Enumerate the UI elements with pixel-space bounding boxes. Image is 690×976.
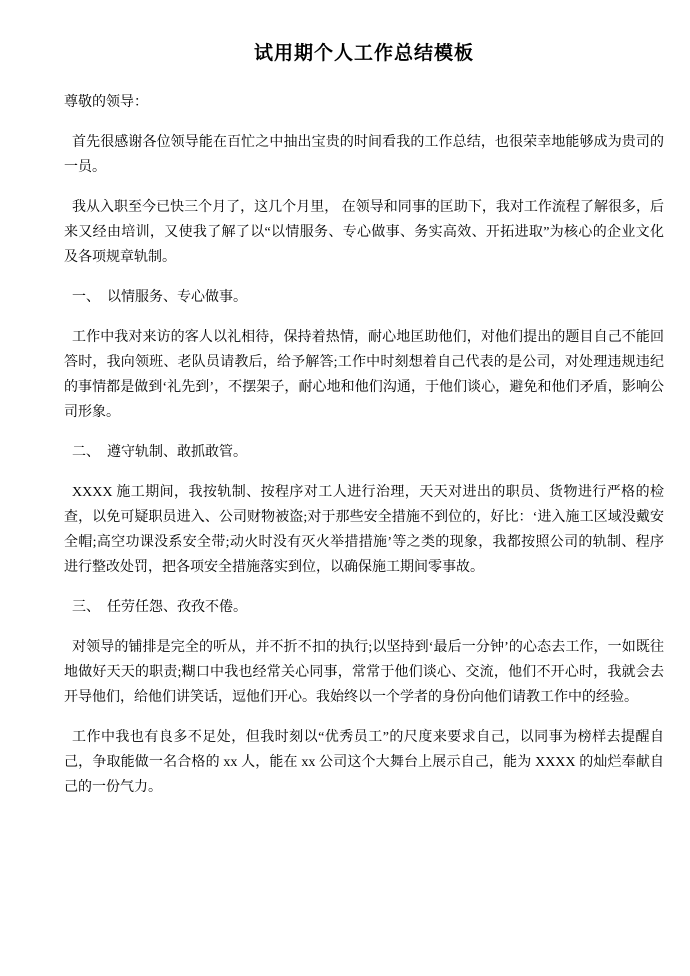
section-heading-3: 三、 任劳任怨、孜孜不倦。 xyxy=(64,595,664,620)
document-title: 试用期个人工作总结模板 xyxy=(64,40,664,68)
section-heading-1: 一、 以情服务、专心做事。 xyxy=(64,285,664,310)
section-heading-2: 二、 遵守轨制、敢抓敢管。 xyxy=(64,440,664,465)
paragraph-diligence: 对领导的铺排是完全的听从，并不折不扣的执行;以坚持到‘最后一分钟’的心态去工作，… xyxy=(64,635,664,710)
paragraph-intro-thanks: 首先很感谢各位领导能在百忙之中抽出宝贵的时间看我的工作总结，也很荣幸地能够成为贵… xyxy=(64,130,664,180)
document-page: 试用期个人工作总结模板 尊敬的领导： 首先很感谢各位领导能在百忙之中抽出宝贵的时… xyxy=(0,0,690,976)
salutation: 尊敬的领导： xyxy=(64,90,664,115)
paragraph-onboarding: 我从入职至今已快三个月了，这几个月里， 在领导和同事的匡助下，我对工作流程了解很… xyxy=(64,195,664,270)
paragraph-service: 工作中我对来访的客人以礼相待，保持着热情，耐心地匡助他们，对他们提出的题目自己不… xyxy=(64,325,664,425)
paragraph-safety: XXXX 施工期间，我按轨制、按程序对工人进行治理，天天对进出的职员、货物进行严… xyxy=(64,480,664,580)
paragraph-closing: 工作中我也有良多不足处，但我时刻以“优秀员工”的尺度来要求自己，以同事为榜样去提… xyxy=(64,725,664,800)
